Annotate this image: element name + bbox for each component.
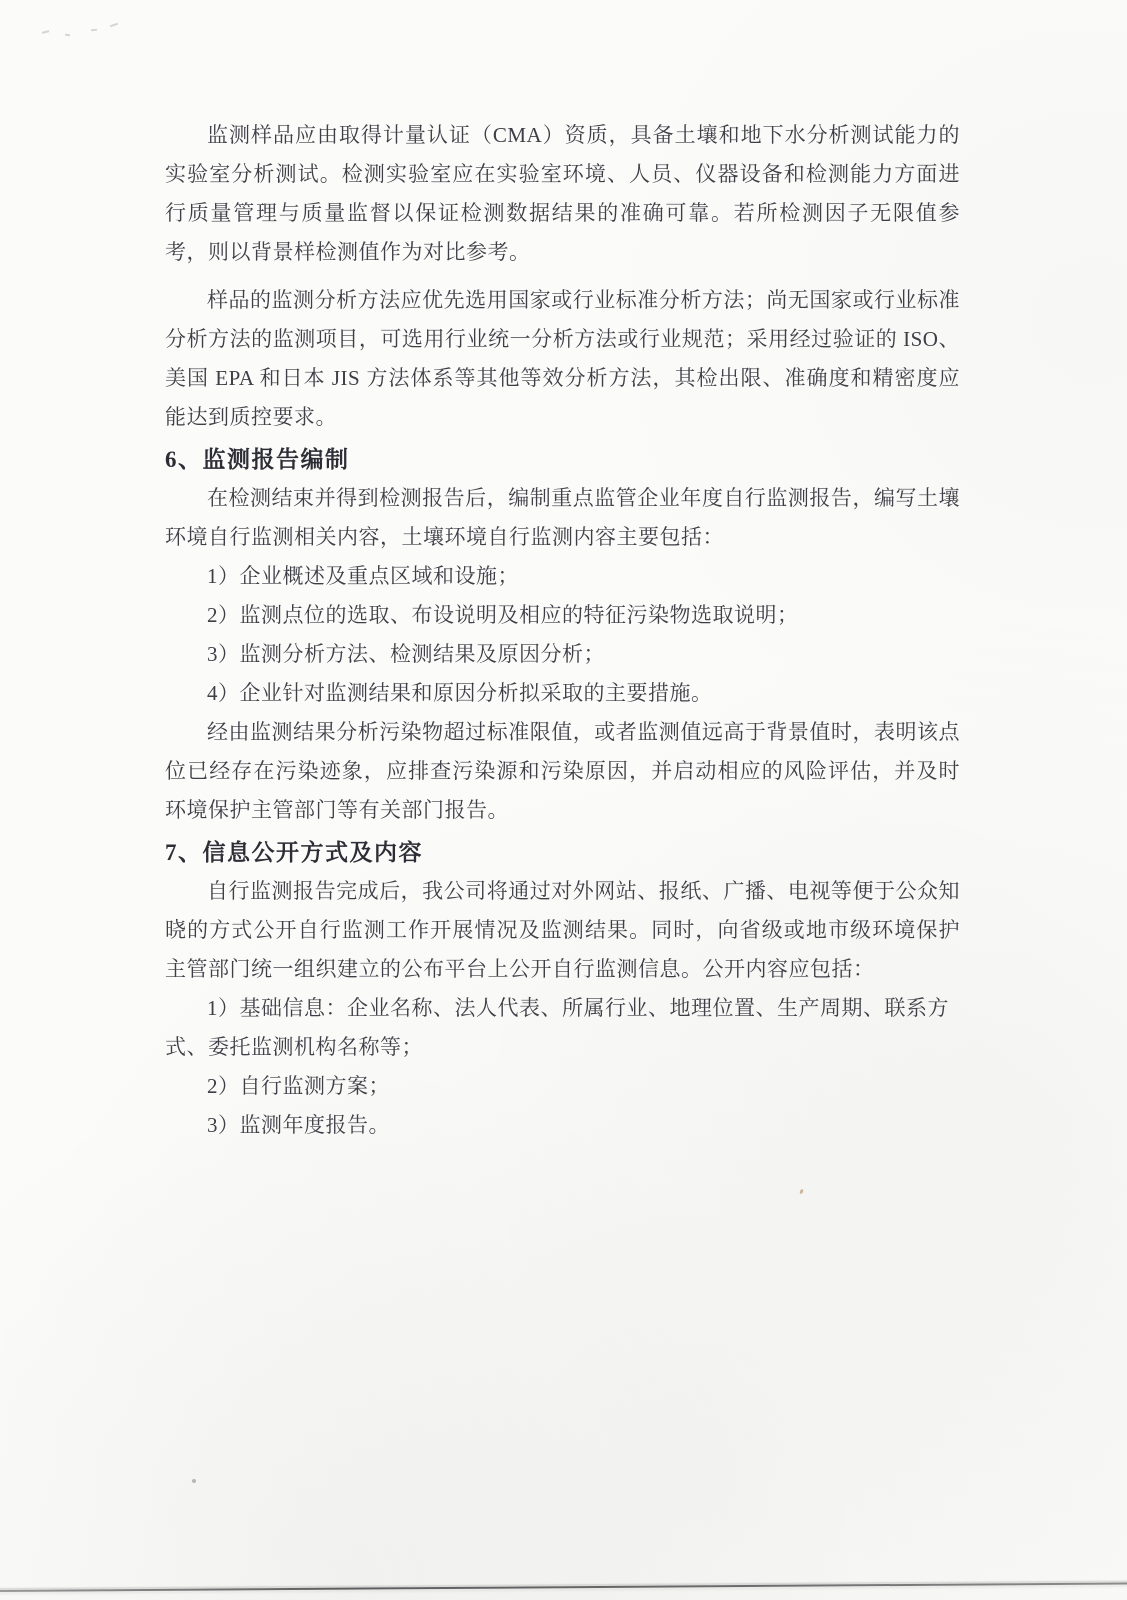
section-6-item-1: 1）企业概述及重点区域和设施； — [165, 557, 960, 596]
scanner-edge-line — [0, 1582, 1127, 1592]
pencil-mark — [110, 23, 118, 28]
paragraph-analysis-methods: 样品的监测分析方法应优先选用国家或行业标准分析方法；尚无国家或行业标准分析方法的… — [165, 281, 960, 437]
section-7-intro: 自行监测报告完成后，我公司将通过对外网站、报纸、广播、电视等便于公众知晓的方式公… — [165, 872, 960, 989]
paragraph-lab-quality: 监测样品应由取得计量认证（CMA）资质，具备土壤和地下水分析测试能力的实验室分析… — [165, 116, 960, 272]
section-6-conclusion: 经由监测结果分析污染物超过标准限值，或者监测值远高于背景值时，表明该点位已经存在… — [165, 713, 960, 830]
pencil-mark — [42, 30, 49, 34]
pencil-mark — [91, 29, 97, 32]
section-6-item-2: 2）监测点位的选取、布设说明及相应的特征污染物选取说明； — [165, 596, 960, 635]
pencil-mark — [65, 34, 70, 37]
scan-speck — [799, 1189, 804, 1195]
scan-speck — [192, 1479, 196, 1483]
section-6-heading: 6、监测报告编制 — [165, 443, 960, 477]
section-7-item-3: 3）监测年度报告。 — [165, 1106, 960, 1145]
section-7-item-2: 2）自行监测方案； — [165, 1067, 960, 1106]
section-6-item-3: 3）监测分析方法、检测结果及原因分析； — [165, 635, 960, 674]
scanned-document-page: 监测样品应由取得计量认证（CMA）资质，具备土壤和地下水分析测试能力的实验室分析… — [0, 0, 1127, 1600]
section-7-heading: 7、信息公开方式及内容 — [165, 836, 960, 870]
section-6-intro: 在检测结束并得到检测报告后，编制重点监管企业年度自行监测报告，编写土壤环境自行监… — [165, 479, 960, 557]
document-body: 监测样品应由取得计量认证（CMA）资质，具备土壤和地下水分析测试能力的实验室分析… — [165, 0, 960, 1145]
section-7-item-1: 1）基础信息：企业名称、法人代表、所属行业、地理位置、生产周期、联系方式、委托监… — [165, 989, 960, 1067]
section-6-item-4: 4）企业针对监测结果和原因分析拟采取的主要措施。 — [165, 674, 960, 713]
